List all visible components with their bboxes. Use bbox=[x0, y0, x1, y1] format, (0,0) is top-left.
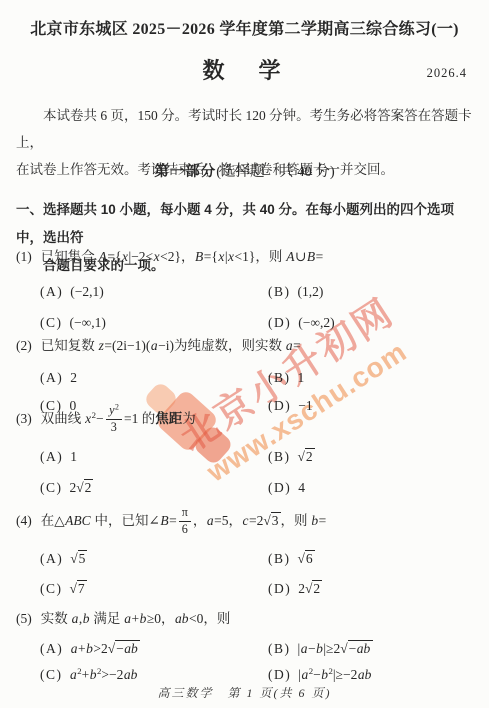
option-a: (A)1 bbox=[40, 445, 268, 469]
question-stem: (2)已知复数 z=(2i−1)(a−i)为纯虚数，则实数 a= bbox=[16, 333, 473, 359]
intro-line-1: 本试卷共 6 页，150 分。考试时长 120 分钟。考生务必将答案答在答题卡上… bbox=[16, 102, 473, 156]
option-c: (C)√7 bbox=[40, 577, 268, 601]
question-number: (3) bbox=[16, 411, 32, 426]
option-c: (C)2√2 bbox=[40, 476, 268, 500]
option-d: (D)4 bbox=[268, 476, 473, 500]
question-text: 实数 a,b 满足 a+b≥0，ab<0，则 bbox=[41, 611, 231, 626]
exam-paper-page: 北京小升初网 www.xschu.com 北京市东城区 2025－2026 学年… bbox=[0, 0, 489, 708]
section-heading: 第一部分(选择题 共 40 分) bbox=[16, 160, 473, 181]
question-number: (5) bbox=[16, 611, 32, 626]
question-3: (3)双曲线 x2−y23=1 的焦距为 (A)1 (B)√2 (C)2√2 (… bbox=[16, 404, 473, 500]
option-d: (D)(−∞,2) bbox=[268, 311, 473, 335]
question-4: (4)在△ABC 中，已知∠B=π6，a=5，c=2√3，则 b= (A)√5 … bbox=[16, 506, 473, 601]
exam-date: 2026.4 bbox=[427, 66, 467, 81]
subject-title: 数 学 bbox=[16, 54, 473, 85]
question-text: 已知集合 A={x|−2<x<2}，B={x|x<1}，则 A∪B= bbox=[41, 249, 323, 264]
question-number: (4) bbox=[16, 513, 32, 528]
question-stem: (3)双曲线 x2−y23=1 的焦距为 bbox=[16, 404, 473, 435]
option-b: (B)1 bbox=[268, 366, 473, 390]
subject-row: 数 学 2026.4 bbox=[16, 54, 473, 84]
option-b: (B)√6 bbox=[268, 547, 473, 571]
option-a: (A)a+b>2√−ab bbox=[40, 637, 268, 661]
question-5: (5)实数 a,b 满足 a+b≥0，ab<0，则 (A)a+b>2√−ab (… bbox=[16, 606, 473, 687]
question-text: 双曲线 x2−y23=1 的焦距为 bbox=[41, 411, 196, 426]
question-text: 在△ABC 中，已知∠B=π6，a=5，c=2√3，则 b= bbox=[41, 513, 327, 528]
option-a: (A)√5 bbox=[40, 547, 268, 571]
option-c: (C)(−∞,1) bbox=[40, 311, 268, 335]
section-heading-bold: 第一部分 bbox=[154, 164, 216, 180]
option-b: (B)√2 bbox=[268, 445, 473, 469]
option-a: (A)(−2,1) bbox=[40, 280, 268, 304]
footer-page-info: 高三数学 第 1 页(共 6 页) bbox=[16, 684, 473, 701]
option-a: (A)2 bbox=[40, 366, 268, 390]
section-heading-rest: (选择题 共 40 分) bbox=[216, 164, 334, 180]
option-b: (B)|a−b|≥2√−ab bbox=[268, 637, 473, 661]
question-stem: (1)已知集合 A={x|−2<x<2}，B={x|x<1}，则 A∪B= bbox=[16, 244, 473, 270]
question-stem: (5)实数 a,b 满足 a+b≥0，ab<0，则 bbox=[16, 606, 473, 632]
question-text: 已知复数 z=(2i−1)(a−i)为纯虚数，则实数 a= bbox=[41, 338, 301, 353]
question-stem: (4)在△ABC 中，已知∠B=π6，a=5，c=2√3，则 b= bbox=[16, 506, 473, 537]
question-number: (2) bbox=[16, 338, 32, 353]
option-d: (D)2√2 bbox=[268, 577, 473, 601]
page-title: 北京市东城区 2025－2026 学年度第二学期高三综合练习(一) bbox=[16, 16, 473, 39]
question-1: (1)已知集合 A={x|−2<x<2}，B={x|x<1}，则 A∪B= (A… bbox=[16, 244, 473, 335]
question-number: (1) bbox=[16, 249, 32, 264]
option-b: (B)(1,2) bbox=[268, 280, 473, 304]
